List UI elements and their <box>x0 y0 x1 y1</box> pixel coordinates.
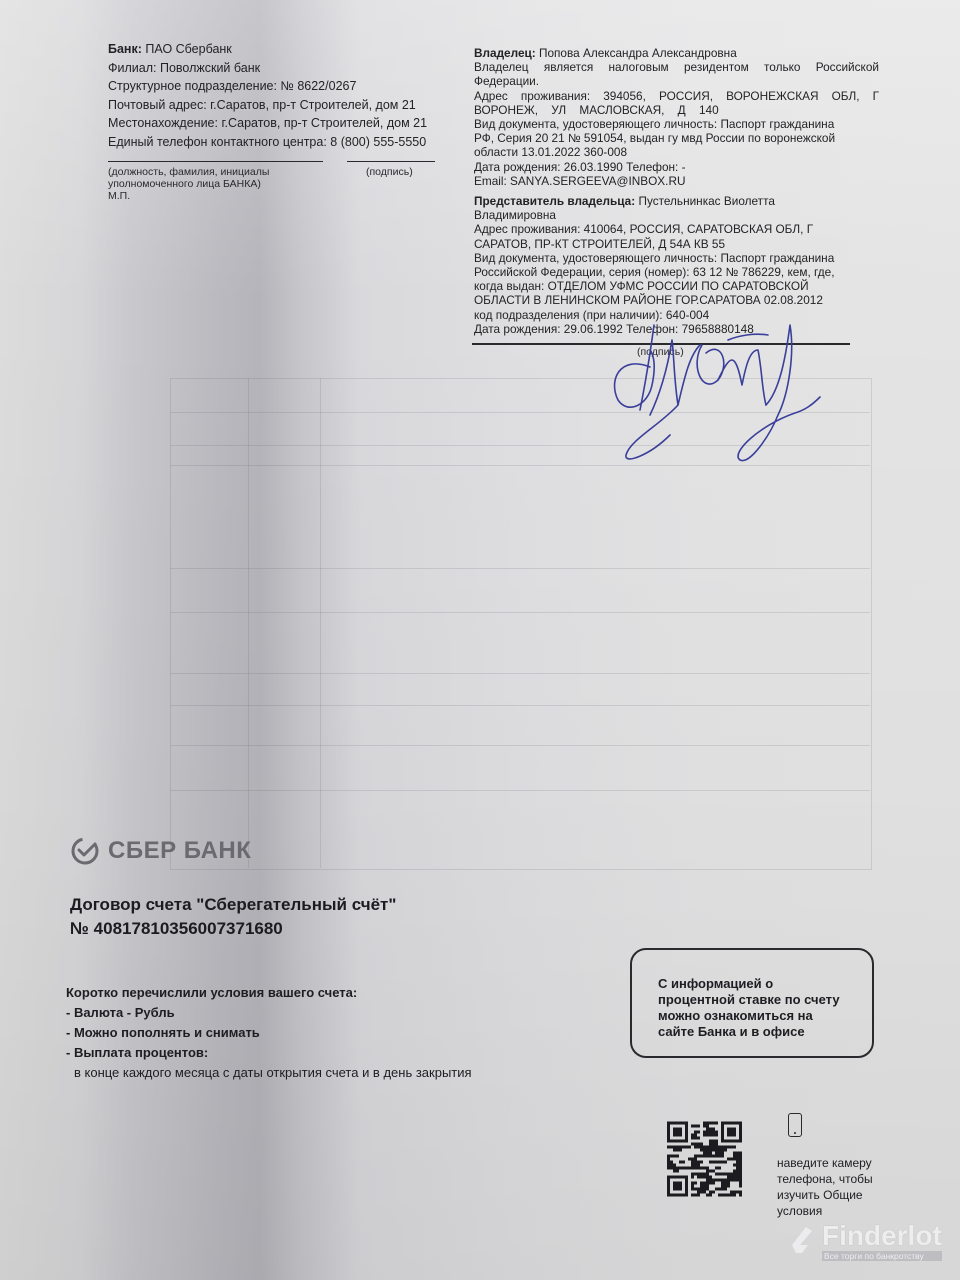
watermark-tagline: Все торги по банкротству <box>822 1251 942 1261</box>
owner-name: Владелец: Попова Александра Александровн… <box>474 46 879 60</box>
condition-item: - Выплата процентов: <box>66 1043 472 1063</box>
owner-tax-status-cont: Федерации. <box>474 74 879 88</box>
sber-logo-text: СБЕР БАНК <box>108 837 251 865</box>
bank-signature-caption: (подпись) <box>366 166 413 178</box>
handwritten-signature <box>590 295 850 465</box>
bank-label: Банк: <box>108 42 142 56</box>
qr-hint: наведите камеру телефона, чтобы изучить … <box>777 1155 873 1219</box>
owner-birth-phone: Дата рождения: 26.03.1990 Телефон: - <box>474 160 879 174</box>
qr-hint-line: условия <box>777 1203 873 1219</box>
rep-name: Представитель владельца: Пустельнинкас В… <box>474 194 879 208</box>
rep-document: Вид документа, удостоверяющего личность:… <box>474 251 879 265</box>
contract-title-block: Договор счета "Сберегательный счёт" № 40… <box>70 893 396 941</box>
rep-name-value: Пустельнинкас Виолетта <box>638 194 774 208</box>
owner-document: Вид документа, удостоверяющего личность:… <box>474 117 879 131</box>
condition-item: - Валюта - Рубль <box>66 1003 472 1023</box>
rep-document-cont: когда выдан: ОТДЕЛОМ УФМС РОССИИ ПО САРА… <box>474 279 879 293</box>
sber-checkmark-icon <box>70 836 100 866</box>
info-line: можно ознакомиться на <box>658 1008 840 1024</box>
bank-postal-address: Почтовый адрес: г.Саратов, пр-т Строител… <box>108 96 427 115</box>
finderlot-logo-icon <box>790 1225 816 1259</box>
owner-document-cont: области 13.01.2022 360-008 <box>474 145 879 159</box>
stamp-mark: М.П. <box>108 190 269 202</box>
bank-name: Банк: ПАО Сбербанк <box>108 40 427 59</box>
bank-branch: Филиал: Поволжский банк <box>108 59 427 78</box>
owner-address-cont: ВОРОНЕЖ, УЛ МАСЛОВСКАЯ, Д 140 <box>474 103 879 117</box>
bank-division: Структурное подразделение: № 8622/0267 <box>108 77 427 96</box>
contract-title: Договор счета "Сберегательный счёт" <box>70 893 396 917</box>
watermark-name: Finderlot <box>822 1222 942 1250</box>
info-line: сайте Банка и в офисе <box>658 1024 840 1040</box>
bank-signature-line <box>347 161 435 162</box>
rep-address-cont: САРАТОВ, ПР-КТ СТРОИТЕЛЕЙ, Д 54А КВ 55 <box>474 237 879 251</box>
qr-code[interactable] <box>667 1119 742 1199</box>
conditions-heading: Коротко перечислили условия вашего счета… <box>66 983 472 1003</box>
owner-label: Владелец: <box>474 46 536 60</box>
caption-line: уполномоченного лица БАНКА) <box>108 178 269 190</box>
interest-detail: в конце каждого месяца с даты открытия с… <box>66 1063 472 1083</box>
account-number: № 40817810356007371680 <box>70 917 396 941</box>
phone-icon <box>788 1113 802 1137</box>
bank-position-line <box>108 161 323 162</box>
account-conditions: Коротко перечислили условия вашего счета… <box>66 983 472 1083</box>
info-line: С информацией о <box>658 976 840 992</box>
owner-address: Адрес проживания: 394056, РОССИЯ, ВОРОНЕ… <box>474 89 879 103</box>
bank-details: Банк: ПАО Сбербанк Филиал: Поволжский ба… <box>108 40 427 151</box>
rep-label: Представитель владельца: <box>474 194 635 208</box>
owner-name-value: Попова Александра Александровна <box>539 46 737 60</box>
owner-document-cont: РФ, Серия 20 21 № 591054, выдан гу мвд Р… <box>474 131 879 145</box>
caption-line: (должность, фамилия, инициалы <box>108 166 269 178</box>
finderlot-watermark: Finderlot Все торги по банкротству <box>790 1222 942 1261</box>
bank-location: Местонахождение: г.Саратов, пр-т Строите… <box>108 114 427 133</box>
sber-logo: СБЕР БАНК <box>70 836 251 866</box>
owner-tax-status: Владелец является налоговым резидентом т… <box>474 60 879 74</box>
owner-email: Email: SANYA.SERGEEVA@INBOX.RU <box>474 174 879 188</box>
info-line: процентной ставке по счету <box>658 992 840 1008</box>
qr-hint-line: наведите камеру <box>777 1155 873 1171</box>
rep-document-cont: Российской Федерации, серия (номер): 63 … <box>474 265 879 279</box>
owner-details: Владелец: Попова Александра Александровн… <box>474 46 879 188</box>
qr-hint-line: телефона, чтобы <box>777 1171 873 1187</box>
interest-info-text: С информацией о процентной ставке по сче… <box>658 976 840 1040</box>
rep-name-cont: Владимировна <box>474 208 879 222</box>
bank-value: ПАО Сбербанк <box>145 42 231 56</box>
condition-item: - Можно пополнять и снимать <box>66 1023 472 1043</box>
bank-position-caption: (должность, фамилия, инициалы уполномоче… <box>108 166 269 202</box>
interest-info-box: С информацией о процентной ставке по сче… <box>630 948 874 1058</box>
qr-hint-line: изучить Общие <box>777 1187 873 1203</box>
rep-address: Адрес проживания: 410064, РОССИЯ, САРАТО… <box>474 222 879 236</box>
bank-phone: Единый телефон контактного центра: 8 (80… <box>108 133 427 152</box>
